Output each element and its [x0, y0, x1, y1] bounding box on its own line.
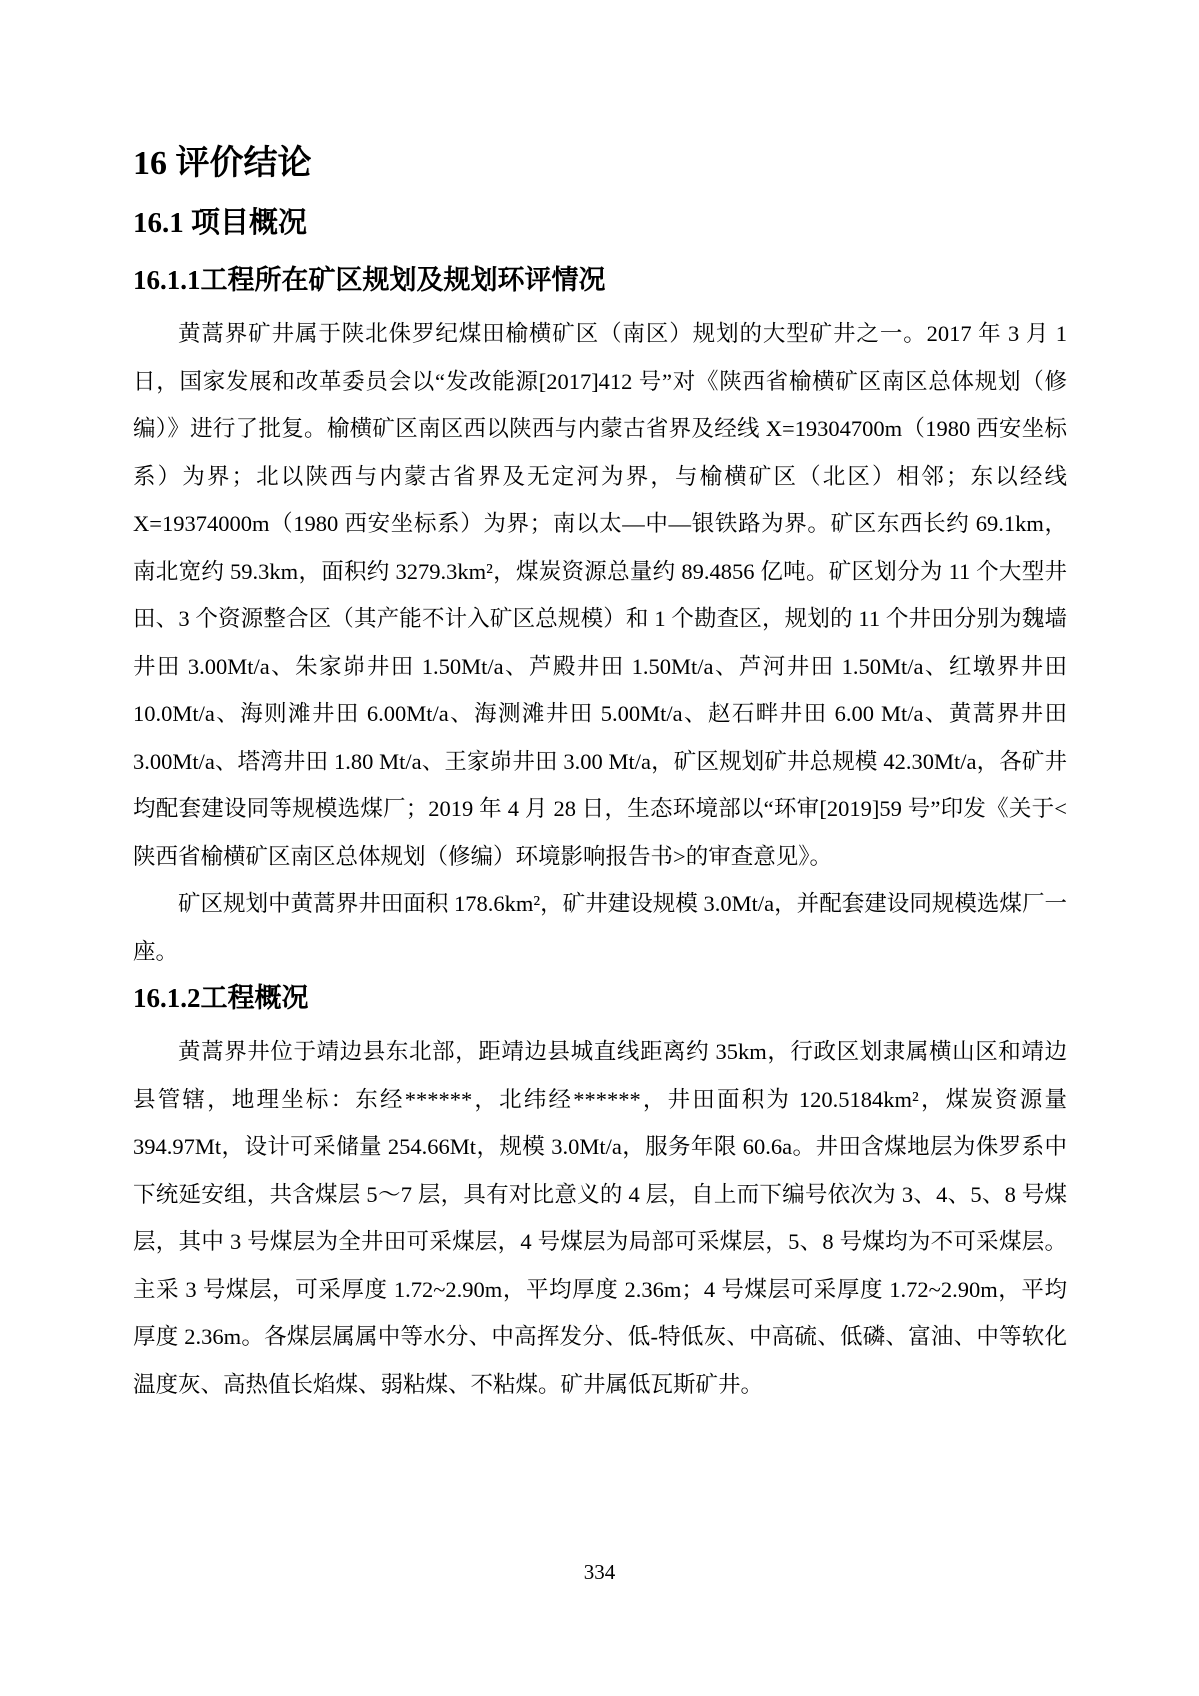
- subsection-1-paragraph-2: 矿区规划中黄蒿界井田面积 178.6km²，矿井建设规模 3.0Mt/a，并配套…: [133, 880, 1067, 975]
- subsection-2-paragraph-1: 黄蒿界井位于靖边县东北部，距靖边县城直线距离约 35km，行政区划隶属横山区和靖…: [133, 1028, 1067, 1408]
- section-heading: 16.1 项目概况: [133, 208, 1067, 238]
- subsection-1-paragraph-1: 黄蒿界矿井属于陕北侏罗纪煤田榆横矿区（南区）规划的大型矿井之一。2017 年 3…: [133, 310, 1067, 880]
- chapter-heading: 16 评价结论: [133, 146, 1067, 182]
- page-number: 334: [0, 1558, 1199, 1586]
- subsection-2-heading: 16.1.2工程概况: [133, 984, 1067, 1012]
- subsection-1-heading: 16.1.1工程所在矿区规划及规划环评情况: [133, 266, 1067, 294]
- page-content: 16 评价结论 16.1 项目概况 16.1.1工程所在矿区规划及规划环评情况 …: [133, 146, 1067, 1408]
- document-page: 16 评价结论 16.1 项目概况 16.1.1工程所在矿区规划及规划环评情况 …: [0, 0, 1199, 1696]
